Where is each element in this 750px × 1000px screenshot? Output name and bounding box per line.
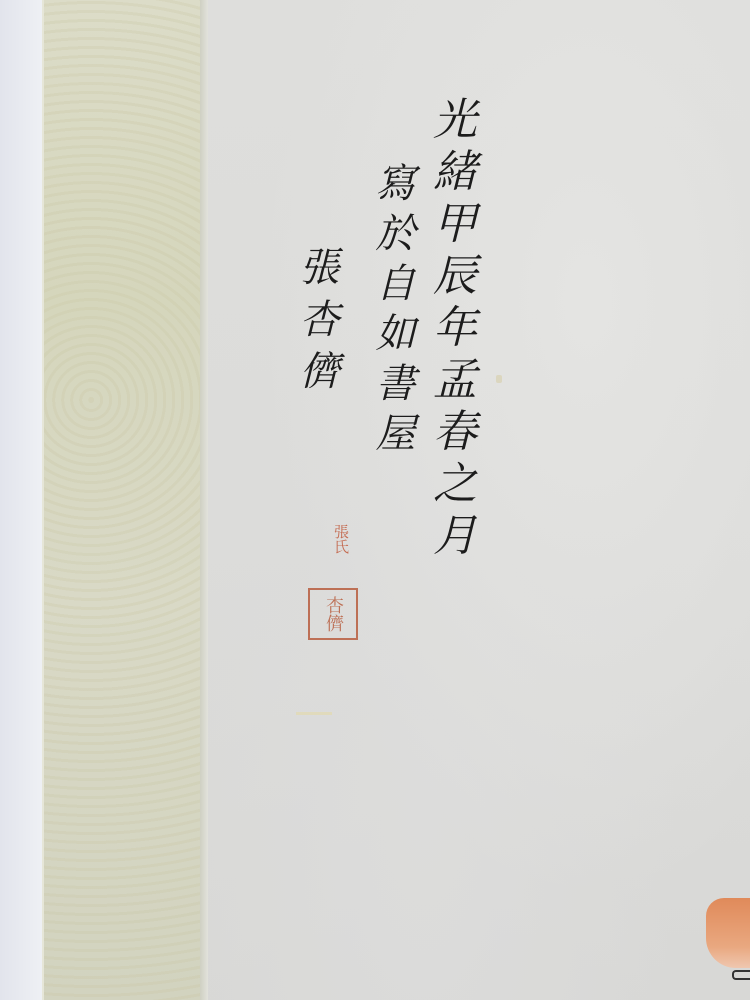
mounting-edge <box>200 0 208 1000</box>
scroll-paper <box>208 0 750 1000</box>
inscription-column-signature: 張杏儕 <box>296 246 336 402</box>
inscription-column-place: 寫於自如書屋 <box>372 162 412 462</box>
painting-ink-stroke <box>732 970 750 980</box>
backdrop-wall <box>0 0 42 1000</box>
artist-seal-style: 杏儕 <box>308 588 358 640</box>
paper-stain-small <box>496 375 502 383</box>
inscription-column-date: 光緒甲辰年孟春之月 <box>428 96 472 564</box>
painting-fragment-orange <box>706 898 750 968</box>
artist-seal-name: 張氏 <box>316 520 350 558</box>
paper-stain <box>296 712 332 715</box>
silk-mounting-border <box>42 0 206 1000</box>
